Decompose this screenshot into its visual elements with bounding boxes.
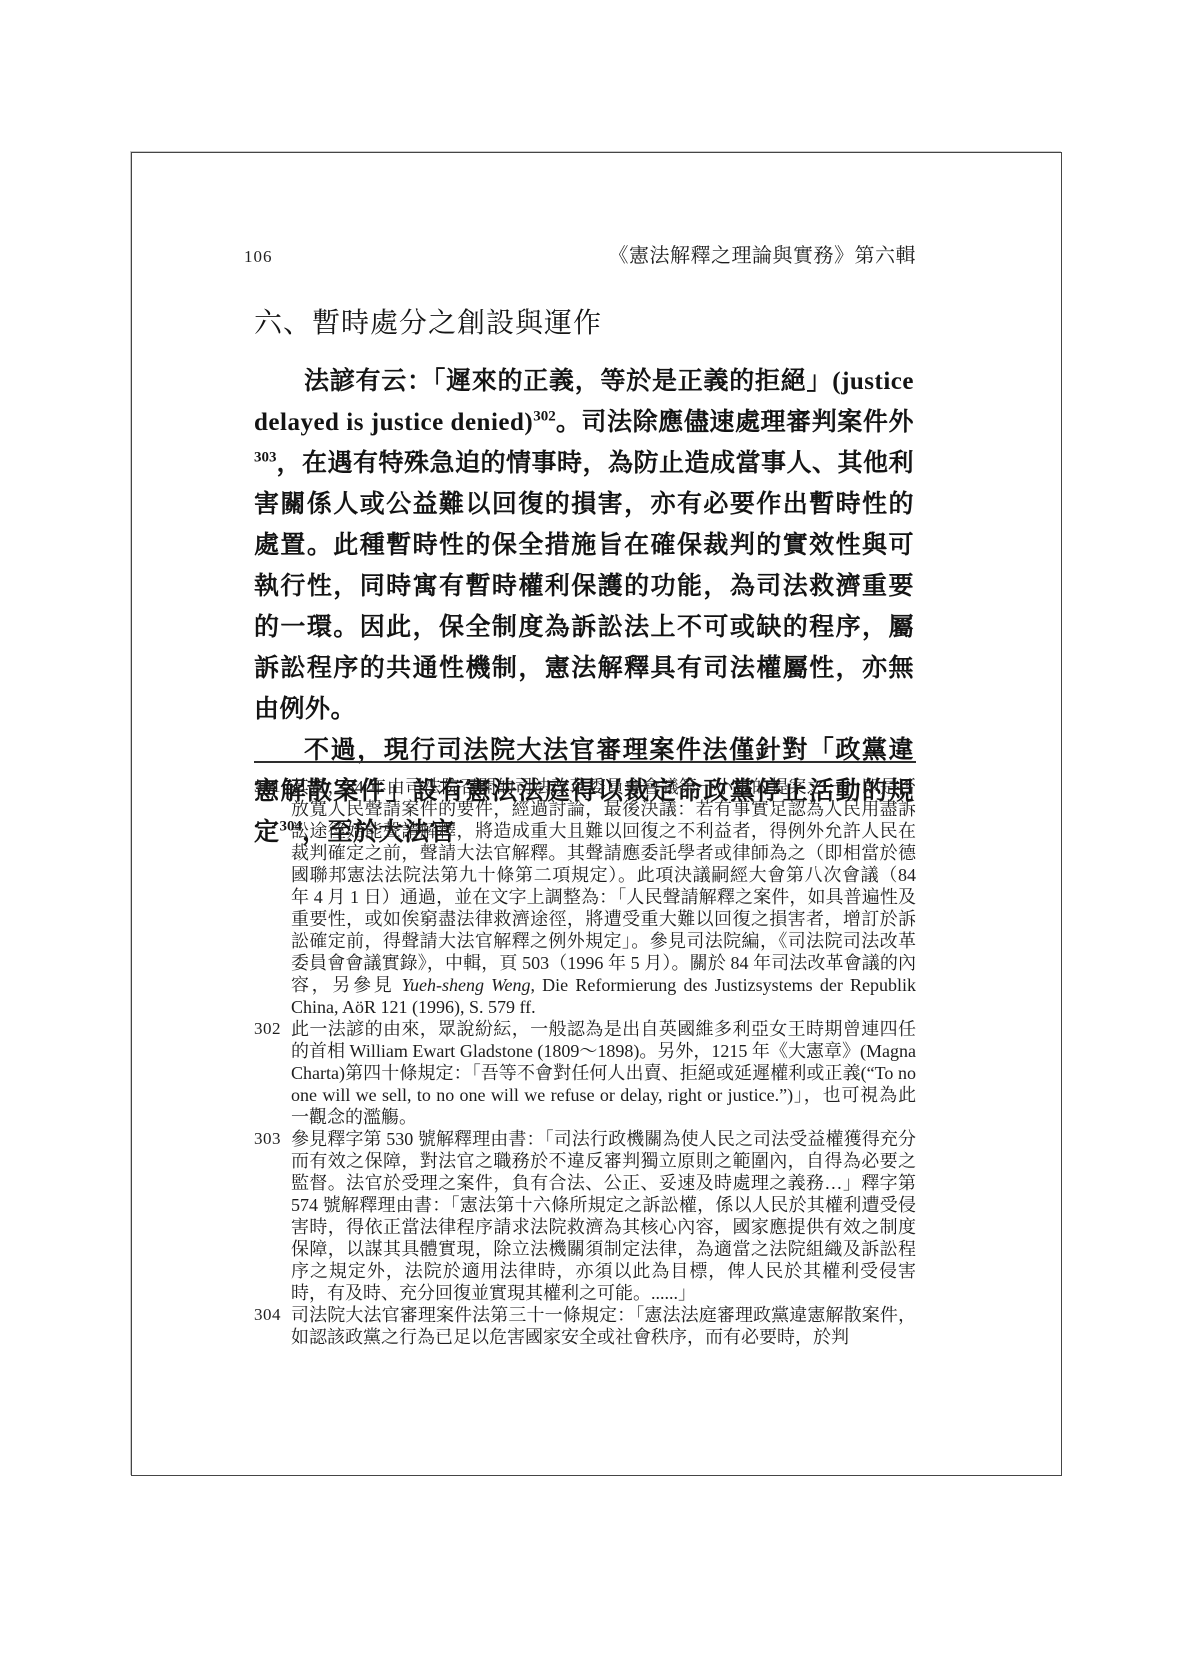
footnote-text: 參見釋字第 530 號解釋理由書：「司法行政機關為使人民之司法受益權獲得充分而有… <box>291 1129 916 1303</box>
footnote-number: 304 <box>254 1304 288 1326</box>
book-page: 106 《憲法解釋之理論與實務》第六輯 六、暫時處分之創設與運作 法諺有云：「遲… <box>131 152 1062 1476</box>
paragraph-text: ，在遇有特殊急迫的情事時，為防止造成當事人、其他利害關係人或公益難以回復的損害，… <box>254 450 914 723</box>
footnote-block: 301其實，84 年由司法院召開的司法改革委員會會議第一小組的提案之一，即是否放… <box>254 761 916 1348</box>
document-canvas: 106 《憲法解釋之理論與實務》第六輯 六、暫時處分之創設與運作 法諺有云：「遲… <box>0 0 1177 1664</box>
book-title: 《憲法解釋之理論與實務》第六輯 <box>609 239 917 268</box>
footnote-number: 302 <box>254 1018 288 1040</box>
footnote-301: 301其實，84 年由司法院召開的司法改革委員會會議第一小組的提案之一，即是否放… <box>254 776 916 1018</box>
footnote-ref-302: 302 <box>533 409 556 425</box>
footnote-302: 302此一法諺的由來，眾說紛紜，一般認為是出自英國維多利亞女王時期曾連四任的首相… <box>254 1018 916 1128</box>
footnote-number: 301 <box>254 776 288 798</box>
footnote-number: 303 <box>254 1128 288 1150</box>
page-number: 106 <box>244 247 273 267</box>
footnote-ref-303: 303 <box>254 450 277 466</box>
footnote-303: 303參見釋字第 530 號解釋理由書：「司法行政機關為使人民之司法受益權獲得充… <box>254 1128 916 1304</box>
body-paragraph-1: 法諺有云：「遲來的正義，等於是正義的拒絕」(justice delayed is… <box>254 361 914 730</box>
footnote-304: 304司法院大法官審理案件法第三十一條規定：「憲法法庭審理政黨違憲解散案件，如認… <box>254 1304 916 1348</box>
paragraph-text: 。司法除應儘速處理審判案件外 <box>556 409 914 436</box>
footnote-text: 此一法諺的由來，眾說紛紜，一般認為是出自英國維多利亞女王時期曾連四任的首相 Wi… <box>291 1019 916 1127</box>
page-header: 106 《憲法解釋之理論與實務》第六輯 <box>244 239 916 268</box>
section-heading: 六、暫時處分之創設與運作 <box>254 301 914 341</box>
footnote-citation-author: Yueh-sheng Weng <box>402 975 531 995</box>
footnote-text: 其實，84 年由司法院召開的司法改革委員會會議第一小組的提案之一，即是否放寬人民… <box>291 777 916 995</box>
footnote-text: 司法院大法官審理案件法第三十一條規定：「憲法法庭審理政黨違憲解散案件，如認該政黨… <box>291 1305 916 1347</box>
